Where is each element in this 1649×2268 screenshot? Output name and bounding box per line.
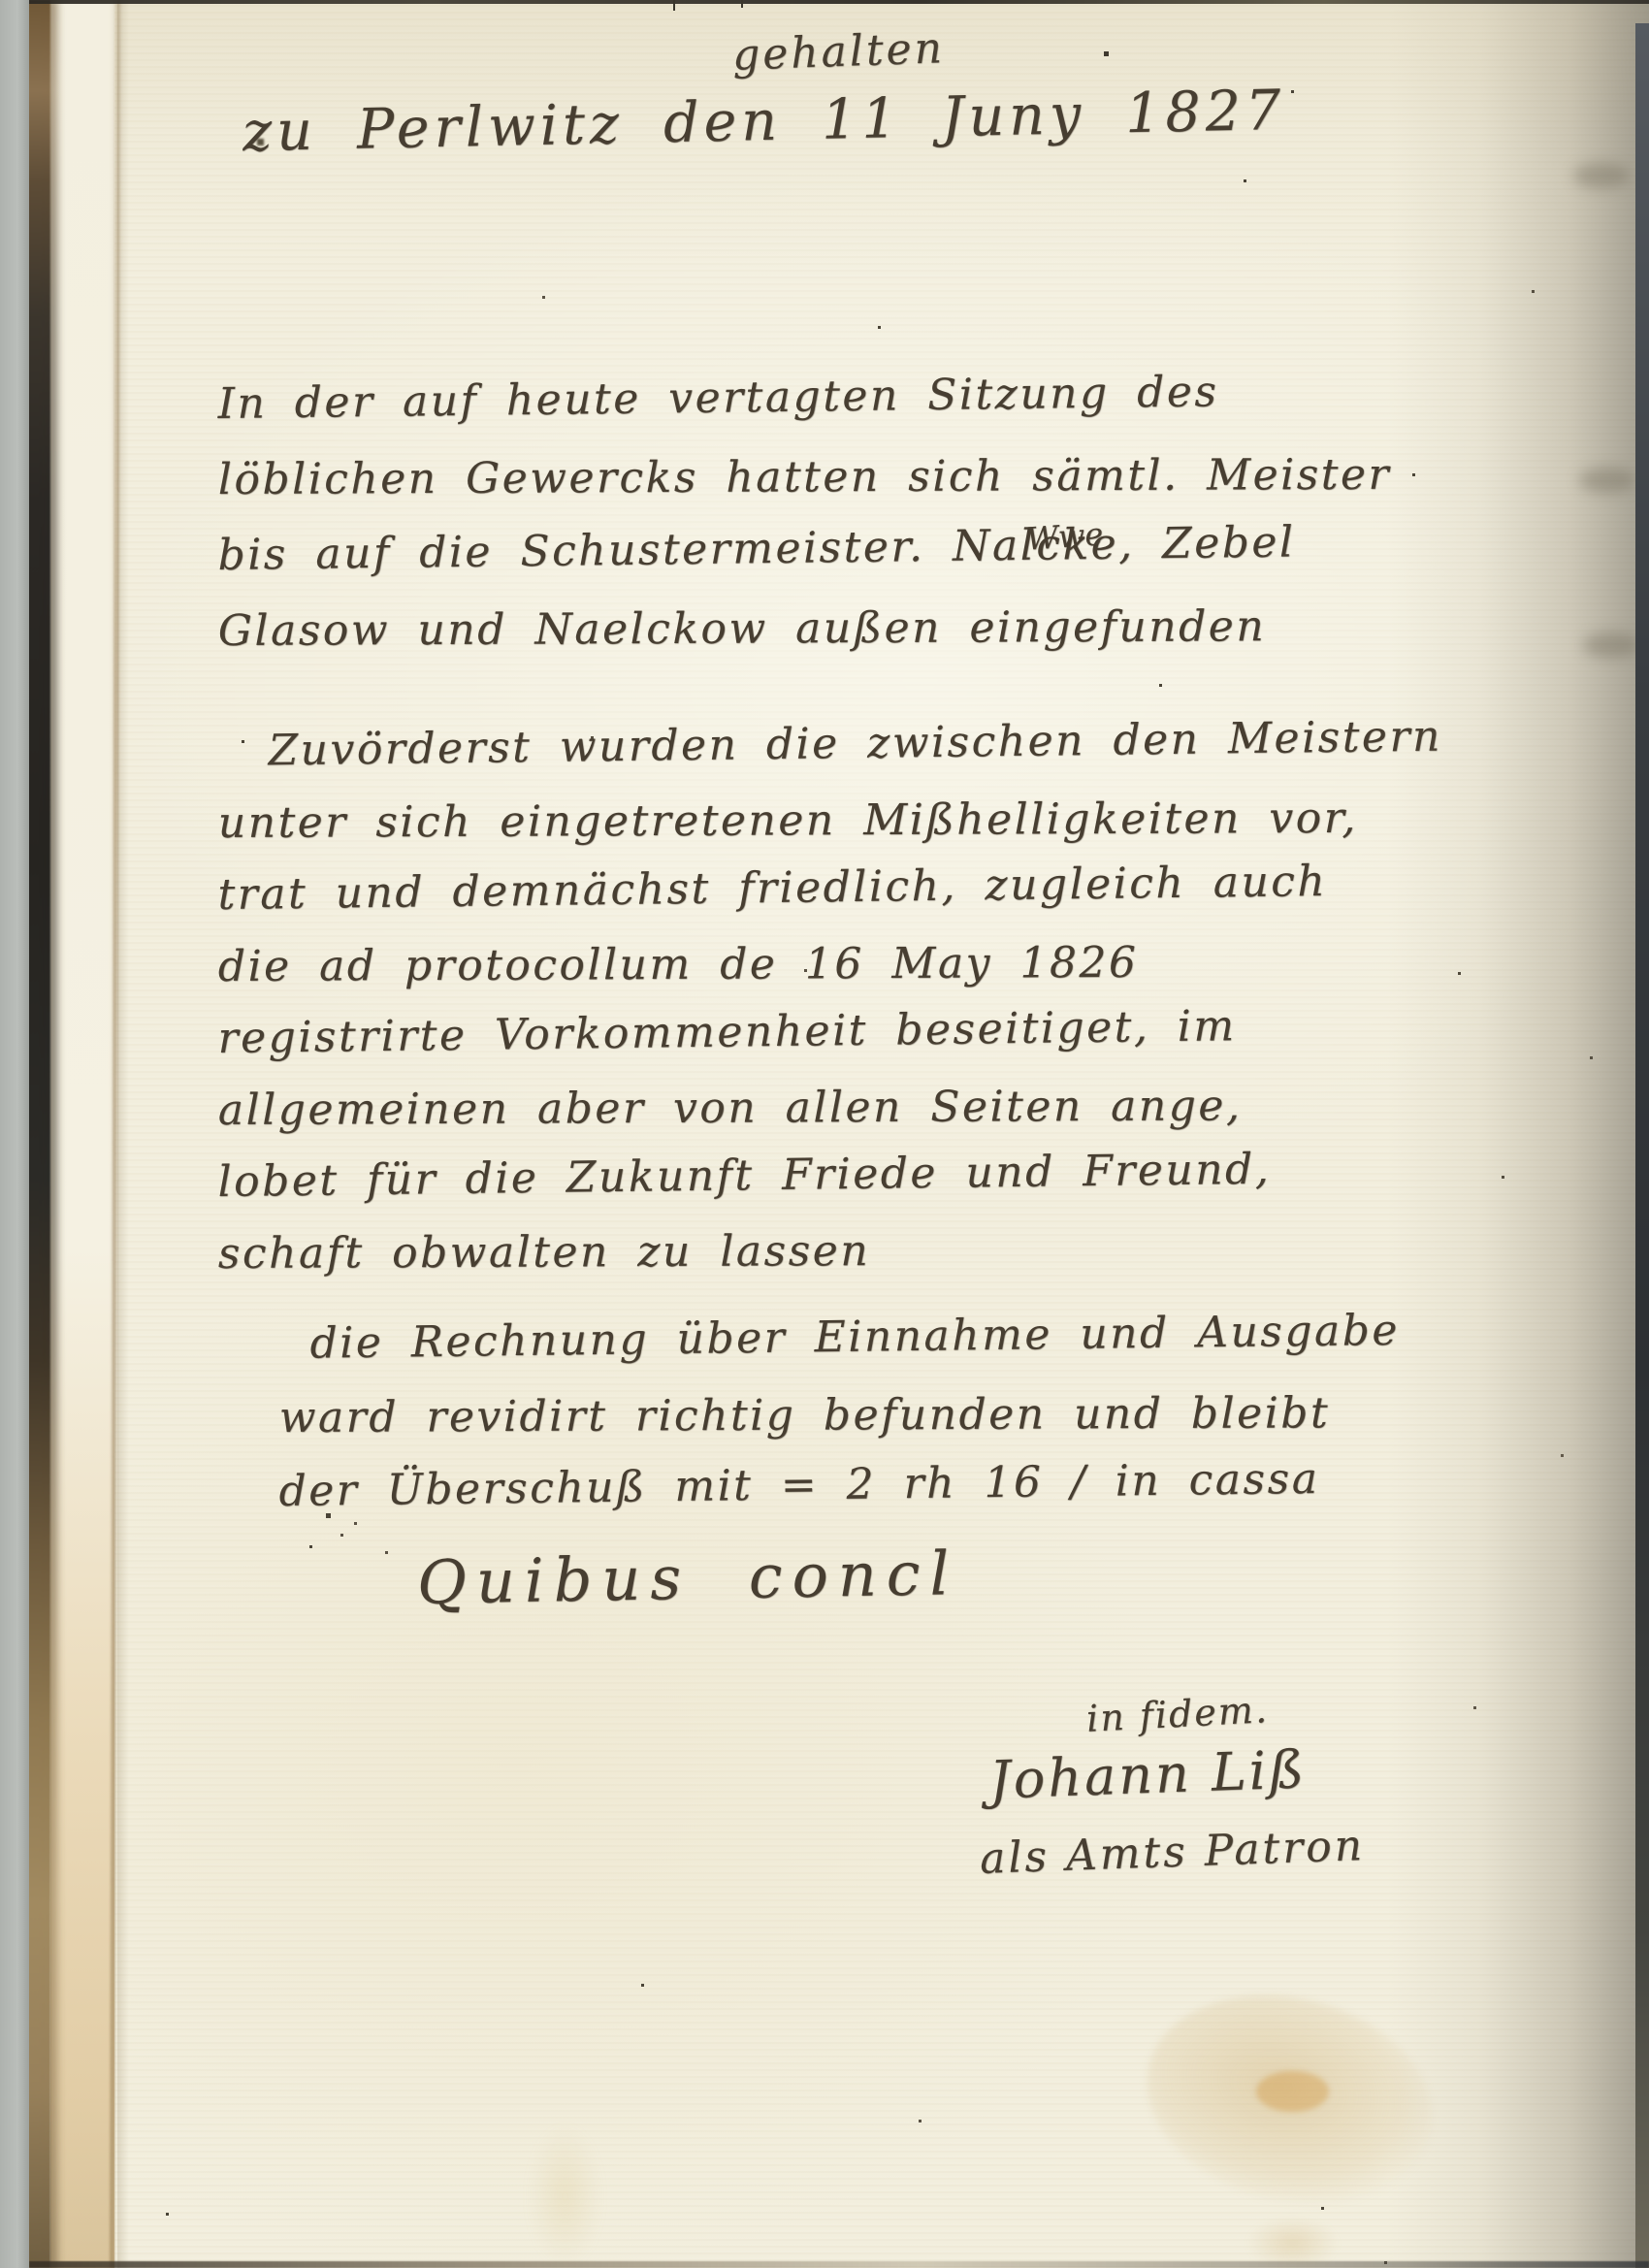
paragraph-1: In der auf heute vertagten Sitzung des l… [218,367,1391,669]
handwritten-line: lobet für die Zukunft Friede und Freund, [217,1132,1442,1218]
binding-crease-shadow [117,0,129,2268]
marginal-annotation: Wwe [1025,515,1105,557]
shadow-band [1573,163,1630,188]
page-curvature-shadow [1387,0,1649,2268]
handwritten-line: trat und demnächst friedlich, zugleich a… [217,845,1442,931]
signatory-name: Johann Liß [988,1738,1308,1810]
handwritten-line: Glasow und Naelckow außen eingefunden [218,589,1392,669]
leaf-edge-tick [673,0,675,11]
shadow-band [1579,468,1635,493]
scanned-document: gehalten zu Perlwitz den 11 Juny 1827 In… [0,0,1649,2268]
page-edge-right [1635,23,1649,2268]
handwritten-line: der Überschuß mit = 2 rh 16 / in cassa [278,1442,1400,1529]
handwritten-line: bis auf die Schustermeister. Nalcke, Zeb… [217,503,1391,594]
scanner-background [0,0,29,2268]
shadow-band [1583,632,1639,658]
binding-margin [50,0,114,2268]
paragraph-3: die Rechnung über Einnahme und Ausgabe w… [279,1308,1400,1529]
handwritten-line: Zuvörderst wurden die zwischen den Meist… [217,701,1442,788]
paragraph-2: Zuvörderst wurden die zwischen den Meist… [218,716,1442,1290]
page-edge-top [25,0,1649,4]
title-word: gehalten [731,23,946,81]
handwritten-line: die Rechnung über Einnahme und Ausgabe [278,1294,1400,1381]
handwritten-line: registrirte Vorkommenheit beseitiget, im [217,988,1442,1075]
handwritten-line: schaft obwalten zu lassen [218,1213,1443,1290]
page-edge-left [27,0,50,2268]
page-edge-bottom [29,2261,1649,2268]
closing-formula: Quibus concl [416,1538,958,1618]
handwritten-line: In der auf heute vertagten Sitzung des [217,352,1391,442]
leaf-edge-tick [741,0,743,8]
